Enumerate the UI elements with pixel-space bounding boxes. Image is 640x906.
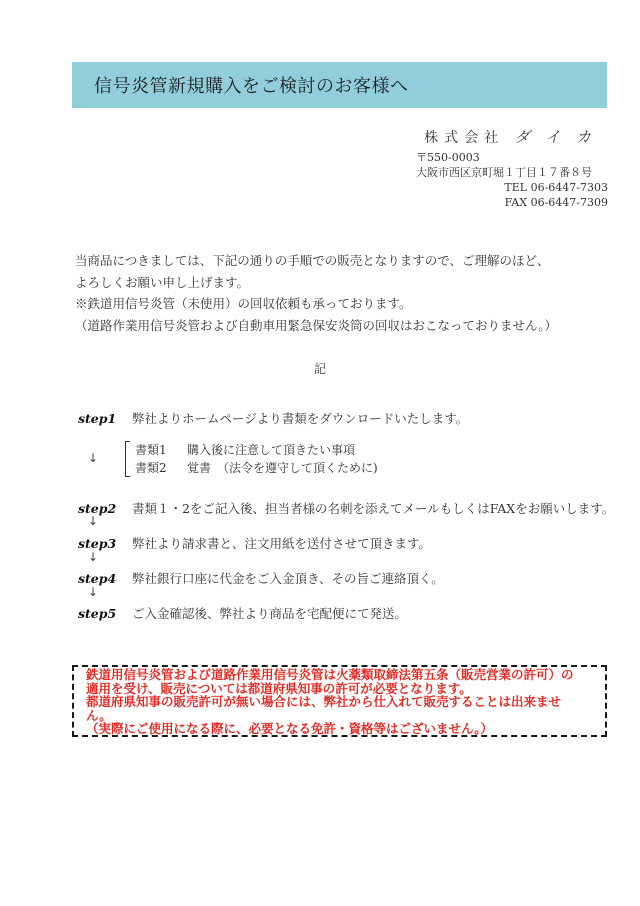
tel-number: 06-6447-7303 — [531, 181, 608, 194]
document-name: 書類2 — [135, 459, 187, 477]
step-2: step2 書類１・2をご記入後、担当者様の名刺を添えてメールもしくはFAXをお… — [78, 499, 614, 517]
fax-line: FAX 06-6447-7309 — [416, 195, 608, 210]
tel-label: TEL — [495, 180, 527, 195]
step-5: step5 ご入金確認後、弊社より商品を宅配便にて発送。 — [78, 604, 407, 622]
company-address-block: 〒550-0003 大阪市西区京町堀１丁目１７番８号 TEL 06-6447-7… — [416, 150, 608, 210]
down-arrow-icon: ↓ — [88, 585, 98, 599]
ki-heading: 記 — [0, 360, 640, 377]
page-title: 信号炎管新規購入をご検討のお客様へ — [94, 72, 409, 98]
step-3: step3 弊社より請求書と、注文用紙を送付させて頂きます。 — [78, 534, 431, 552]
step-label: step2 — [78, 501, 128, 516]
notice-line: 適用を受け、販売については都道府県知事の許可が必要となります。 — [86, 682, 605, 696]
postal-code: 〒550-0003 — [416, 150, 608, 165]
step-label: step5 — [78, 606, 128, 621]
intro-line: ※鉄道用信号炎管（未使用）の回収依頼も承っております。 — [75, 293, 615, 315]
step-text: 書類１・2をご記入後、担当者様の名刺を添えてメールもしくはFAXをお願いします。 — [132, 501, 614, 516]
notice-line: （実際にご使用になる際に、必要となる免許・資格等はございません。） — [86, 722, 605, 736]
legal-notice-box: 鉄道用信号炎管および道路作業用信号炎管は火薬類取締法第五条（販売営業の許可）の … — [72, 665, 607, 737]
step-label: step3 — [78, 536, 128, 551]
down-arrow-icon: ↓ — [88, 514, 98, 528]
street-address: 大阪市西区京町堀１丁目１７番８号 — [416, 165, 608, 180]
intro-line: （道路作業用信号炎管および自動車用緊急保安炎筒の回収はおこなっておりません。） — [75, 315, 615, 337]
notice-line: 都道府県知事の販売許可が無い場合には、弊社から仕入れて販売することは出来ませ — [86, 695, 605, 709]
fax-number: 06-6447-7309 — [531, 196, 608, 209]
document-desc: 購入後に注意して頂きたい事項 — [187, 443, 355, 457]
intro-paragraph: 当商品につきましては、下記の通りの手順での販売となりますので、ご理解のほど、 よ… — [75, 250, 615, 336]
step-1: step1 弊社よりホームページより書類をダウンロードいたします。 — [78, 409, 468, 427]
step-text: 弊社より請求書と、注文用紙を送付させて頂きます。 — [132, 536, 431, 551]
intro-line: よろしくお願い申し上げます。 — [75, 272, 615, 294]
step-text: 弊社銀行口座に代金をご入金頂き、その旨ご連絡頂く。 — [132, 571, 444, 586]
step-text: 弊社よりホームページより書類をダウンロードいたします。 — [132, 411, 468, 426]
step-label: step4 — [78, 571, 128, 586]
step-text: ご入金確認後、弊社より商品を宅配便にて発送。 — [132, 606, 407, 621]
company-prefix: 株式会社 — [424, 130, 504, 146]
down-arrow-icon: ↓ — [88, 451, 98, 465]
fax-label: FAX — [495, 195, 527, 210]
tel-line: TEL 06-6447-7303 — [416, 180, 608, 195]
document-desc: 覚書 （法令を遵守して頂くために) — [187, 461, 378, 475]
company-brand: ダイカ — [515, 128, 607, 146]
down-arrow-icon: ↓ — [88, 550, 98, 564]
step-4: step4 弊社銀行口座に代金をご入金頂き、その旨ご連絡頂く。 — [78, 569, 444, 587]
documents-bracket-list: 書類1購入後に注意して頂きたい事項 書類2覚書 （法令を遵守して頂くために) — [125, 441, 378, 477]
company-name: 株式会社 ダイカ — [424, 126, 607, 147]
document-item: 書類1購入後に注意して頂きたい事項 — [135, 441, 378, 459]
title-banner: 信号炎管新規購入をご検討のお客様へ — [72, 62, 607, 108]
notice-line: 鉄道用信号炎管および道路作業用信号炎管は火薬類取締法第五条（販売営業の許可）の — [86, 668, 605, 682]
document-name: 書類1 — [135, 441, 187, 459]
intro-line: 当商品につきましては、下記の通りの手順での販売となりますので、ご理解のほど、 — [75, 250, 615, 272]
notice-line: ん。 — [86, 709, 605, 723]
document-item: 書類2覚書 （法令を遵守して頂くために) — [135, 459, 378, 477]
step-label: step1 — [78, 411, 128, 426]
